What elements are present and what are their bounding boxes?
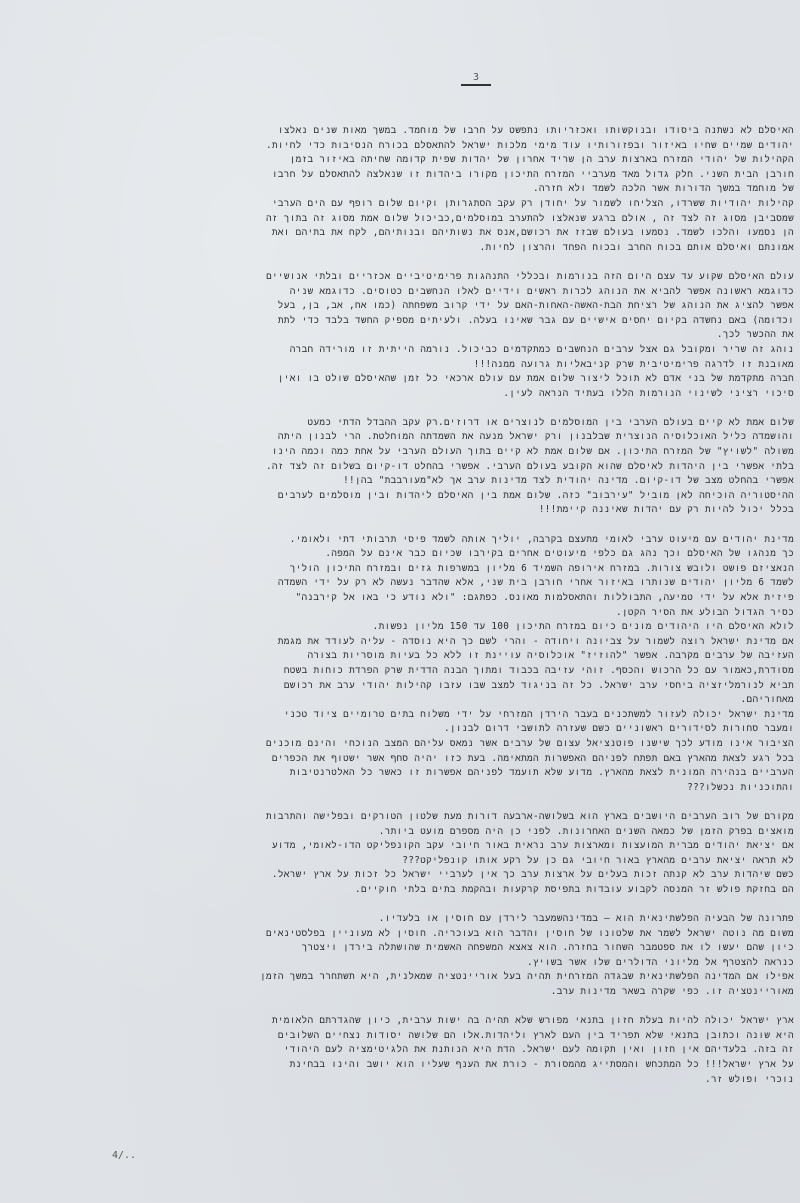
paragraph-true-peace: שלום אמת לא קיים בעולם הערבי בין המוסלמי… <box>104 416 794 518</box>
text-line: האיסלם לא נשתנה ביסודו ובנוקשותו ואכזריו… <box>104 124 794 139</box>
text-line: מואצים בפרק הזמן של כמאה השנים האחרונות.… <box>104 825 794 840</box>
text-line: מאחוריהם. <box>104 693 794 708</box>
text-line: עולם האיסלם שקוע עד עצם היום הזה בנורמות… <box>104 270 794 285</box>
text-line: כך מנהגו של האיסלם וכך נהג גם כלפי מיעוט… <box>104 547 794 562</box>
paragraph-jewish-state: מדינת יהודים עם מיעוט ערבי לאומי מתעצם ב… <box>104 533 794 796</box>
text-line: הנאציזם פושט ולובש צורות. במזרח אירופה ה… <box>104 562 794 577</box>
text-line: כדוגמא ראשונה אפשר להביא את הנוהג לכרות … <box>104 285 794 300</box>
text-line: אמונתם ואיסלם אותם בכוח החרב ובכוח הפחד … <box>104 241 794 256</box>
text-line: כנראה להצטרף אל מליוני הדולרים שלו אשר ב… <box>104 956 794 971</box>
text-line: ההיסטוריה הוכיחה לאן מוביל "עירבוב" כזה.… <box>104 489 794 504</box>
text-line: את ההכשר לכך. <box>104 328 794 343</box>
paragraph-land-of-israel: ארץ ישראל יכולה להיות בעלת חזון בתנאי מפ… <box>104 1014 794 1087</box>
text-line: נוכרי ופולש זר. <box>104 1073 794 1088</box>
text-line: אפשר להציג את הנוהג של רציחת הבת-האשה-הא… <box>104 299 794 314</box>
text-line: קהילות יהודיות ששרדו, הצליחו לשמור על יח… <box>104 197 794 212</box>
text-line: יהודים שמיים שחיו באיזור ובפזורותיו עוד … <box>104 139 794 154</box>
text-line: אם מדינת ישראל רוצה לשמור על צביונה ויחו… <box>104 635 794 650</box>
text-line: אפשרי בהחלט מצב של דו-קיום. מדינה יהודית… <box>104 474 794 489</box>
text-line: הם בחזקת פולש זר המנסה לקבוע עובדות בתפי… <box>104 883 794 898</box>
text-line: סיכוי רציני לשינוי הנורמות הללו בעתיד הנ… <box>104 387 794 402</box>
text-line: כשם שיהדות ערב לא קנתה זכות בעלים על ארצ… <box>104 868 794 883</box>
text-line: אם יציאת יהודים מברית המועצות ומארצות ער… <box>104 839 794 854</box>
text-line: הערביים בנהירה המונית לצאת מהארץ. מדוע ש… <box>104 766 794 781</box>
text-line: בכלל יכול להיות רק עם יהדות שאיננה קיימת… <box>104 503 794 518</box>
text-line: מדינת ישראל יכולה לעזור למשתכנים בעבר הי… <box>104 708 794 723</box>
text-line: משולה "לשויץ" של המזרח התיכון. אם שלום א… <box>104 445 794 460</box>
text-line: והתוכניות נכשלו??? <box>104 781 794 796</box>
text-line: זה בזה. בלעדיהם אין חזון ואין תקומה לעם … <box>104 1043 794 1058</box>
text-line: לולא האיסלם היו היהודים מונים כיום במזרח… <box>104 620 794 635</box>
text-line: היא שונה וכתובן בתנאי שלא תפריד בין העם … <box>104 1029 794 1044</box>
text-line: מאובנת זו לדרגה פרימיטיבית שרק קניבאליות… <box>104 358 794 373</box>
text-line: ארץ ישראל יכולה להיות בעלת חזון בתנאי מפ… <box>104 1014 794 1029</box>
page-number: 3 <box>461 72 491 86</box>
text-line: העזיבה של ערבים מקרבה. אפשר "להוזיז" אוכ… <box>104 649 794 664</box>
text-line: שמסביבן מסוג זה לצד זה , אולם ברגע שנאלצ… <box>104 212 794 227</box>
text-line: של מוחמד במשך הדורות אשר הלכה לשמד ולא ח… <box>104 182 794 197</box>
text-line: הן נסמעו והלכו לשמד. נסמעו בעולם שבזז את… <box>104 226 794 241</box>
text-line: חורבן הבית השני. חלק גדול מאד מערביי המז… <box>104 168 794 183</box>
paragraph-primitive-norms: עולם האיסלם שקוע עד עצם היום הזה בנורמות… <box>104 270 794 401</box>
text-line: אפילו אם המדינה הפלשתינאית שבגדה המזרחית… <box>104 970 794 985</box>
text-line: חברה מתקדמת של בני אדם לא תוכל ליצור שלו… <box>104 372 794 387</box>
continuation-marker: 4/.. <box>112 1150 136 1161</box>
text-line: נוהג זה שריר ומקובל גם אצל ערבים הנחשבים… <box>104 343 794 358</box>
text-line: מסודרת,כאמור עם כל הרכוש והכסף. זוהי עזי… <box>104 664 794 679</box>
text-line: בכל רגע לצאת מהארץ באם תפתח לפניהם האפשר… <box>104 752 794 767</box>
text-line: ומעבר סחורות לסידורים ראשוניים כשם שעזרה… <box>104 722 794 737</box>
text-line: הציבור אינו מודע לכך שישנו פוטנציאל עצום… <box>104 737 794 752</box>
text-line: והושמדה כליל האוכלוסיה הנוצרית שבלבנון ו… <box>104 430 794 445</box>
text-line: הקהילות של יהודי המזרח בארצות ערב הן שרי… <box>104 153 794 168</box>
text-line: פתרונה של הבעיה הפלשתינאית הוא — במדינהש… <box>104 912 794 927</box>
paragraph-islam-history: האיסלם לא נשתנה ביסודו ובנוקשותו ואכזריו… <box>104 124 794 255</box>
paragraph-palestinian-solution: פתרונה של הבעיה הפלשתינאית הוא — במדינהש… <box>104 912 794 1000</box>
text-line: משום מה נוטה ישראל לשמר את שלטונו של חוס… <box>104 927 794 942</box>
text-line: פיזית אלא על ידי טמיעה, התבוללות והתאסלמ… <box>104 591 794 606</box>
paragraph-arab-origins: מקורם של רוב הערבים היושבים בארץ הוא בשל… <box>104 810 794 898</box>
document-body: האיסלם לא נשתנה ביסודו ובנוקשותו ואכזריו… <box>104 124 794 1102</box>
text-line: מדינת יהודים עם מיעוט ערבי לאומי מתעצם ב… <box>104 533 794 548</box>
text-line: וכדומה) באם נחשדה בקיום יחסים אישיים עם … <box>104 314 794 329</box>
text-line: שלום אמת לא קיים בעולם הערבי בין המוסלמי… <box>104 416 794 431</box>
text-line: מקורם של רוב הערבים היושבים בארץ הוא בשל… <box>104 810 794 825</box>
text-line: לשמד 6 מליון יהודים שנותרו באיזור אחרי ח… <box>104 576 794 591</box>
text-line: בלתי אפשרי בין היהדות לאיסלם שהוא הקובע … <box>104 460 794 475</box>
text-line: על ארץ ישראל!!! כל המתכחש והמסתייג מהמסו… <box>104 1058 794 1073</box>
text-line: תביא לנורמליזציה ביחסי ערב ישראל. כל זה … <box>104 679 794 694</box>
text-line: כסיר הגדול הבולע את הסיר הקטן. <box>104 606 794 621</box>
text-line: מאוריינטציה זו. כפי שקרה בשאר מדינות ערב… <box>104 985 794 1000</box>
text-line: לא תראה יציאת ערבים מהארץ באור חיובי גם … <box>104 854 794 869</box>
text-line: כיון שהם יעשו לו את ספטמבר השחור בחזרה. … <box>104 941 794 956</box>
